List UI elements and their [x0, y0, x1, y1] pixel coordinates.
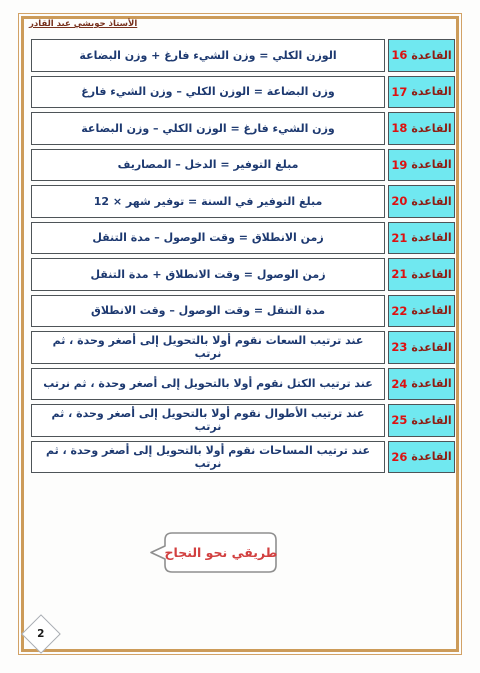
rule-number: 20 — [391, 194, 407, 208]
rule-number: 21 — [391, 267, 407, 281]
rule-number: 23 — [391, 340, 407, 354]
rule-text: مدة التنقل = وقت الوصول – وقت الانطلاق — [31, 295, 385, 328]
rule-word: القاعدة — [411, 268, 451, 281]
rule-word: القاعدة — [411, 450, 451, 463]
rule-number: 22 — [391, 304, 407, 318]
rule-label: القاعدة16 — [388, 39, 455, 72]
rule-text: مبلغ التوفير = الدخل – المصاريف — [31, 149, 385, 182]
rule-label: القاعدة24 — [388, 368, 455, 401]
document-page: الأستاذ حويشي عبد القادر القاعدة16الوزن … — [0, 0, 480, 673]
rule-number: 18 — [391, 121, 407, 135]
rules-table: القاعدة16الوزن الكلي = وزن الشيء فارغ + … — [31, 39, 455, 473]
rule-number: 16 — [391, 48, 407, 62]
rule-text: عند ترتيب السعات نقوم أولا بالتحويل إلى … — [31, 331, 385, 364]
rule-text: وزن البضاعة = الوزن الكلي – وزن الشيء فا… — [31, 76, 385, 109]
page-number: 2 — [37, 628, 44, 640]
rule-word: القاعدة — [411, 377, 451, 390]
rule-number: 25 — [391, 413, 407, 427]
rule-word: القاعدة — [411, 414, 451, 427]
rule-word: القاعدة — [411, 304, 451, 317]
rule-number: 19 — [391, 158, 407, 172]
rule-label: القاعدة22 — [388, 295, 455, 328]
rule-number: 21 — [391, 231, 407, 245]
rule-text: الوزن الكلي = وزن الشيء فارغ + وزن البضا… — [31, 39, 385, 72]
rule-word: القاعدة — [411, 341, 451, 354]
rule-number: 26 — [391, 450, 407, 464]
rule-word: القاعدة — [411, 49, 451, 62]
rule-label: القاعدة26 — [388, 441, 455, 474]
rule-label: القاعدة20 — [388, 185, 455, 218]
page-number-diamond: 2 — [21, 614, 61, 654]
rule-word: القاعدة — [411, 158, 451, 171]
rule-text: وزن الشيء فارغ = الوزن الكلي – وزن البضا… — [31, 112, 385, 145]
rule-label: القاعدة21 — [388, 258, 455, 291]
rule-text: زمن الانطلاق = وقت الوصول – مدة التنقل — [31, 222, 385, 255]
stamp-text: طريقي نحو النجاح — [165, 531, 277, 574]
rule-number: 24 — [391, 377, 407, 391]
rule-label: القاعدة17 — [388, 76, 455, 109]
rule-label: القاعدة25 — [388, 404, 455, 437]
rule-label: القاعدة19 — [388, 149, 455, 182]
rule-text: عند ترتيب المساحات نقوم أولا بالتحويل إل… — [31, 441, 385, 474]
rule-word: القاعدة — [411, 231, 451, 244]
rule-text: عند ترتيب الكتل نقوم أولا بالتحويل إلى أ… — [31, 368, 385, 401]
rule-word: القاعدة — [411, 122, 451, 135]
rule-label: القاعدة23 — [388, 331, 455, 364]
rule-word: القاعدة — [411, 85, 451, 98]
rule-label: القاعدة18 — [388, 112, 455, 145]
rule-text: زمن الوصول = وقت الانطلاق + مدة التنقل — [31, 258, 385, 291]
rule-text: مبلغ التوفير في السنة = توفير شهر × 12 — [31, 185, 385, 218]
rule-word: القاعدة — [411, 195, 451, 208]
rule-label: القاعدة21 — [388, 222, 455, 255]
rule-text: عند ترتيب الأطوال نقوم أولا بالتحويل إلى… — [31, 404, 385, 437]
page-header-author: الأستاذ حويشي عبد القادر — [29, 19, 137, 29]
rule-number: 17 — [391, 85, 407, 99]
